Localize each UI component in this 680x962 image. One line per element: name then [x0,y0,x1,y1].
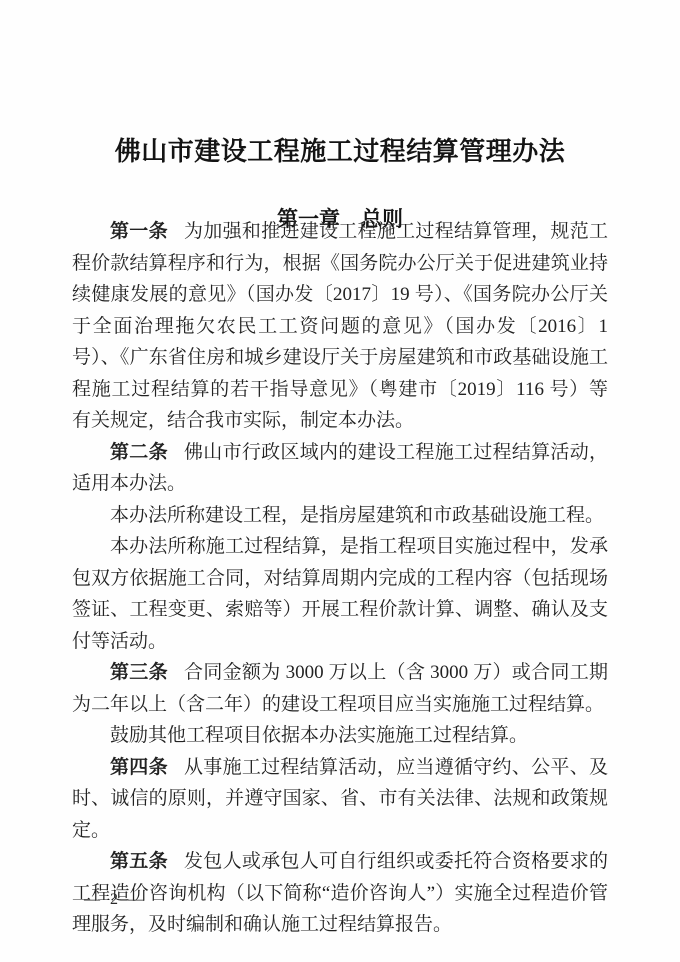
article-number: 第二条 [110,442,168,463]
body-paragraph: 第五条发包人或承包人可自行组织或委托符合资格要求的工程造价咨询机构（以下简称“造… [72,846,608,941]
body-paragraph: 本办法所称建设工程，是指房屋建筑和市政基础设施工程。 [72,500,608,532]
article-number: 第四条 [110,757,168,778]
paragraph-text: 本办法所称施工过程结算，是指工程项目实施过程中，发承包双方依据施工合同，对结算周… [72,536,608,652]
article-number: 第五条 [110,851,168,872]
body-paragraph: 鼓励其他工程项目依据本办法实施施工过程结算。 [72,720,608,752]
article-number: 第一条 [110,221,168,242]
page-number: — 2 — [84,891,147,909]
body-paragraph: 第一条为加强和推进建设工程施工过程结算管理，规范工程价款结算程序和行为，根据《国… [72,216,608,437]
body-paragraph: 第三条合同金额为 3000 万以上（含 3000 万）或合同工期为二年以上（含二… [72,657,608,720]
body-paragraph: 本办法所称施工过程结算，是指工程项目实施过程中，发承包双方依据施工合同，对结算周… [72,531,608,657]
body-paragraph: 第二条佛山市行政区域内的建设工程施工过程结算活动，适用本办法。 [72,437,608,500]
document-page: 佛山市建设工程施工过程结算管理办法 第一章 总则 第一条为加强和推进建设工程施工… [0,0,680,962]
paragraph-text: 为加强和推进建设工程施工过程结算管理，规范工程价款结算程序和行为，根据《国务院办… [72,221,608,431]
document-body: 第一条为加强和推进建设工程施工过程结算管理，规范工程价款结算程序和行为，根据《国… [72,216,608,941]
paragraph-text: 鼓励其他工程项目依据本办法实施施工过程结算。 [110,725,528,746]
paragraph-text: 本办法所称建设工程，是指房屋建筑和市政基础设施工程。 [110,505,604,526]
document-title: 佛山市建设工程施工过程结算管理办法 [0,131,680,168]
article-number: 第三条 [110,662,168,683]
body-paragraph: 第四条从事施工过程结算活动，应当遵循守约、公平、及时、诚信的原则，并遵守国家、省… [72,752,608,847]
